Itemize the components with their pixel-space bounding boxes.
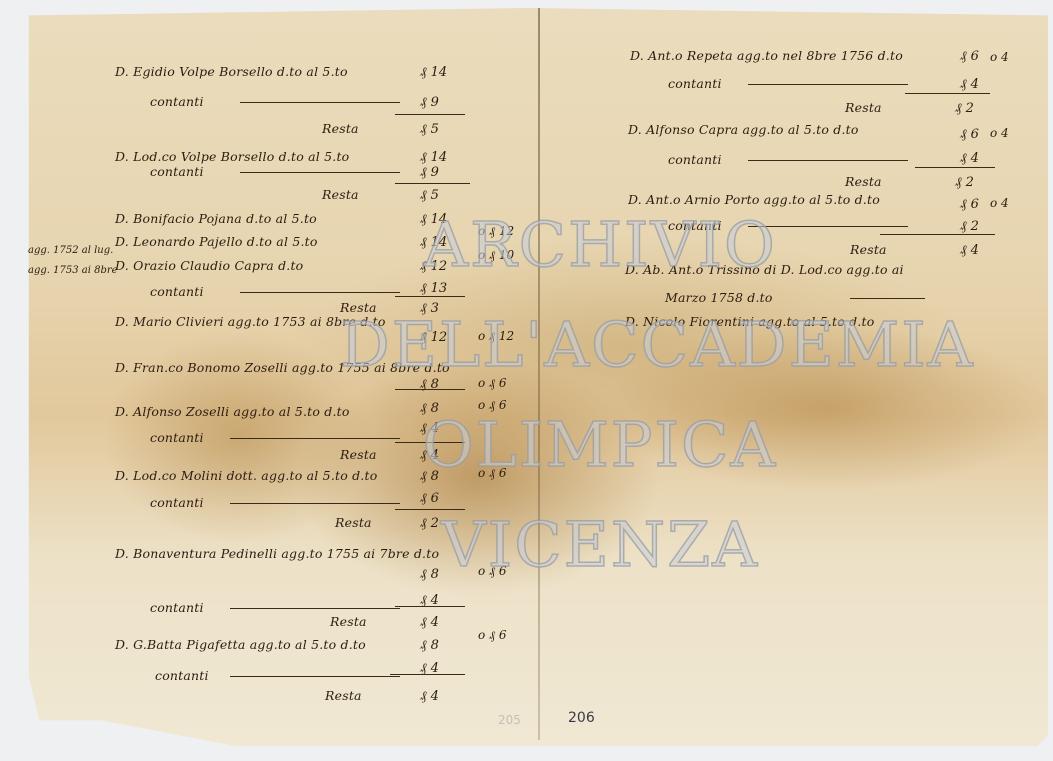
dash-rule xyxy=(230,438,400,439)
ledger-entry: contanti xyxy=(668,152,722,167)
ledger-entry: Resta xyxy=(340,447,377,462)
ledger-amount: ₰ 13 xyxy=(420,280,447,296)
side-amount: o 4 xyxy=(990,50,1009,64)
ledger-amount: ₰ 4 xyxy=(960,76,979,92)
ledger-amount: ₰ 8 xyxy=(420,468,439,484)
dash-rule xyxy=(748,84,908,85)
side-amount: o 4 xyxy=(990,126,1009,140)
ledger-amount: ₰ 5 xyxy=(420,121,439,137)
side-amount: o 4 xyxy=(990,196,1009,210)
side-amount: o ₰ 12 xyxy=(478,224,514,239)
dash-rule xyxy=(240,292,400,293)
ledger-amount: ₰ 14 xyxy=(420,234,447,250)
ledger-entry: Resta xyxy=(325,688,362,703)
sum-rule xyxy=(915,167,995,168)
ledger-entry: D. Bonifacio Pojana d.to al 5.to xyxy=(115,211,317,226)
ledger-entry: Resta xyxy=(845,100,882,115)
ledger-amount: ₰ 2 xyxy=(955,100,974,116)
ledger-entry: Resta xyxy=(330,614,367,629)
dash-rule xyxy=(850,298,925,299)
ledger-entry: Resta xyxy=(322,187,359,202)
ledger-entry: D. Bonaventura Pedinelli agg.to 1755 ai … xyxy=(115,546,439,561)
ledger-amount: ₰ 6 xyxy=(960,126,979,142)
ledger-amount: ₰ 14 xyxy=(420,64,447,80)
ledger-amount: ₰ 4 xyxy=(960,242,979,258)
side-amount: o ₰ 10 xyxy=(478,248,514,263)
ledger-entry: D. Orazio Claudio Capra d.to xyxy=(115,258,303,273)
ledger-amount: ₰ 4 xyxy=(420,447,439,463)
dash-rule xyxy=(748,226,908,227)
ledger-amount: ₰ 14 xyxy=(420,149,447,165)
ledger-entry: contanti xyxy=(150,94,204,109)
ledger-amount: ₰ 4 xyxy=(420,688,439,704)
ledger-entry: contanti xyxy=(150,495,204,510)
side-amount: o ₰ 6 xyxy=(478,564,507,579)
ledger-entry: contanti xyxy=(150,164,204,179)
ledger-amount: ₰ 2 xyxy=(955,174,974,190)
margin-note: agg. 1752 al lug. xyxy=(28,244,113,258)
ledger-entry: D. G.Batta Pigafetta agg.to al 5.to d.to xyxy=(115,637,366,652)
dash-rule xyxy=(240,172,400,173)
ledger-entry: contanti xyxy=(668,76,722,91)
ledger-amount: ₰ 2 xyxy=(960,218,979,234)
ledger-entry: D. Fran.co Bonomo Zoselli agg.to 1755 ai… xyxy=(115,360,450,375)
ledger-entry: contanti xyxy=(150,430,204,445)
side-amount: o ₰ 12 xyxy=(478,329,514,344)
side-amount: o ₰ 6 xyxy=(478,628,507,643)
ledger-entry: Resta xyxy=(850,242,887,257)
ledger-amount: ₰ 6 xyxy=(420,490,439,506)
ledger-amount: ₰ 5 xyxy=(420,187,439,203)
ledger-entry: contanti xyxy=(668,218,722,233)
ledger-amount: ₰ 9 xyxy=(420,164,439,180)
ledger-amount: ₰ 8 xyxy=(420,566,439,582)
ledger-entry: D. Ant.o Arnio Porto agg.to al 5.to d.to xyxy=(628,192,880,207)
ledger-entry: contanti xyxy=(155,668,209,683)
ledger-amount: ₰ 14 xyxy=(420,211,447,227)
ledger-entry: D. Alfonso Capra agg.to al 5.to d.to xyxy=(628,122,859,137)
side-amount: o ₰ 6 xyxy=(478,466,507,481)
page-number: 206 xyxy=(568,710,595,726)
sum-rule xyxy=(395,509,465,510)
dash-rule xyxy=(230,676,400,677)
ledger-amount: ₰ 12 xyxy=(420,258,447,274)
dash-rule xyxy=(230,608,400,609)
ledger-entry: D. Alfonso Zoselli agg.to al 5.to d.to xyxy=(115,404,350,419)
dash-rule xyxy=(240,102,400,103)
ledger-entry: D. Ant.o Repeta agg.to nel 8bre 1756 d.t… xyxy=(630,48,903,63)
ledger-entry: Resta xyxy=(845,174,882,189)
side-amount: o ₰ 6 xyxy=(478,376,507,391)
sum-rule xyxy=(395,442,465,443)
sum-rule xyxy=(395,296,465,297)
center-fold xyxy=(538,8,540,740)
faint-page-number: 205 xyxy=(498,713,521,727)
ledger-amount: ₰ 6 xyxy=(960,196,979,212)
ledger-entry: D. Leonardo Pajello d.to al 5.to xyxy=(115,234,318,249)
ledger-amount: ₰ 9 xyxy=(420,94,439,110)
ledger-amount: ₰ 4 xyxy=(960,150,979,166)
ledger-entry: Resta xyxy=(335,515,372,530)
sum-rule xyxy=(395,606,465,607)
ledger-entry: D. Nicolo Fiorentini agg.to al 5.to d.to xyxy=(625,314,875,329)
ledger-amount: ₰ 3 xyxy=(420,300,439,316)
ledger-entry: D. Lod.co Molini dott. agg.to al 5.to d.… xyxy=(115,468,377,483)
sum-rule xyxy=(395,114,465,115)
ledger-amount: ₰ 8 xyxy=(420,637,439,653)
sum-rule xyxy=(390,674,465,675)
dash-rule xyxy=(230,503,400,504)
dash-rule xyxy=(748,160,908,161)
ledger-entry: Marzo 1758 d.to xyxy=(665,290,773,305)
ledger-amount: ₰ 2 xyxy=(420,515,439,531)
ledger-entry: D. Egidio Volpe Borsello d.to al 5.to xyxy=(115,64,348,79)
ledger-amount: ₰ 12 xyxy=(420,329,447,345)
ledger-amount: ₰ 8 xyxy=(420,400,439,416)
ledger-amount: ₰ 4 xyxy=(420,420,439,436)
sum-rule xyxy=(395,389,465,390)
ledger-amount: ₰ 4 xyxy=(420,614,439,630)
sum-rule xyxy=(880,234,995,235)
ledger-entry: D. Mario Clivieri agg.to 1753 ai 8bre d.… xyxy=(115,314,386,329)
side-amount: o ₰ 6 xyxy=(478,398,507,413)
ledger-entry: contanti xyxy=(150,284,204,299)
ledger-entry: Resta xyxy=(340,300,377,315)
sum-rule xyxy=(905,93,990,94)
ledger-entry: Resta xyxy=(322,121,359,136)
margin-note: agg. 1753 ai 8bre xyxy=(28,264,118,278)
ledger-entry: D. Ab. Ant.o Trissino di D. Lod.co agg.t… xyxy=(625,262,904,277)
sum-rule xyxy=(395,183,470,184)
ledger-amount: ₰ 6 xyxy=(960,48,979,64)
ledger-entry: D. Lod.co Volpe Borsello d.to al 5.to xyxy=(115,149,349,164)
ledger-entry: contanti xyxy=(150,600,204,615)
